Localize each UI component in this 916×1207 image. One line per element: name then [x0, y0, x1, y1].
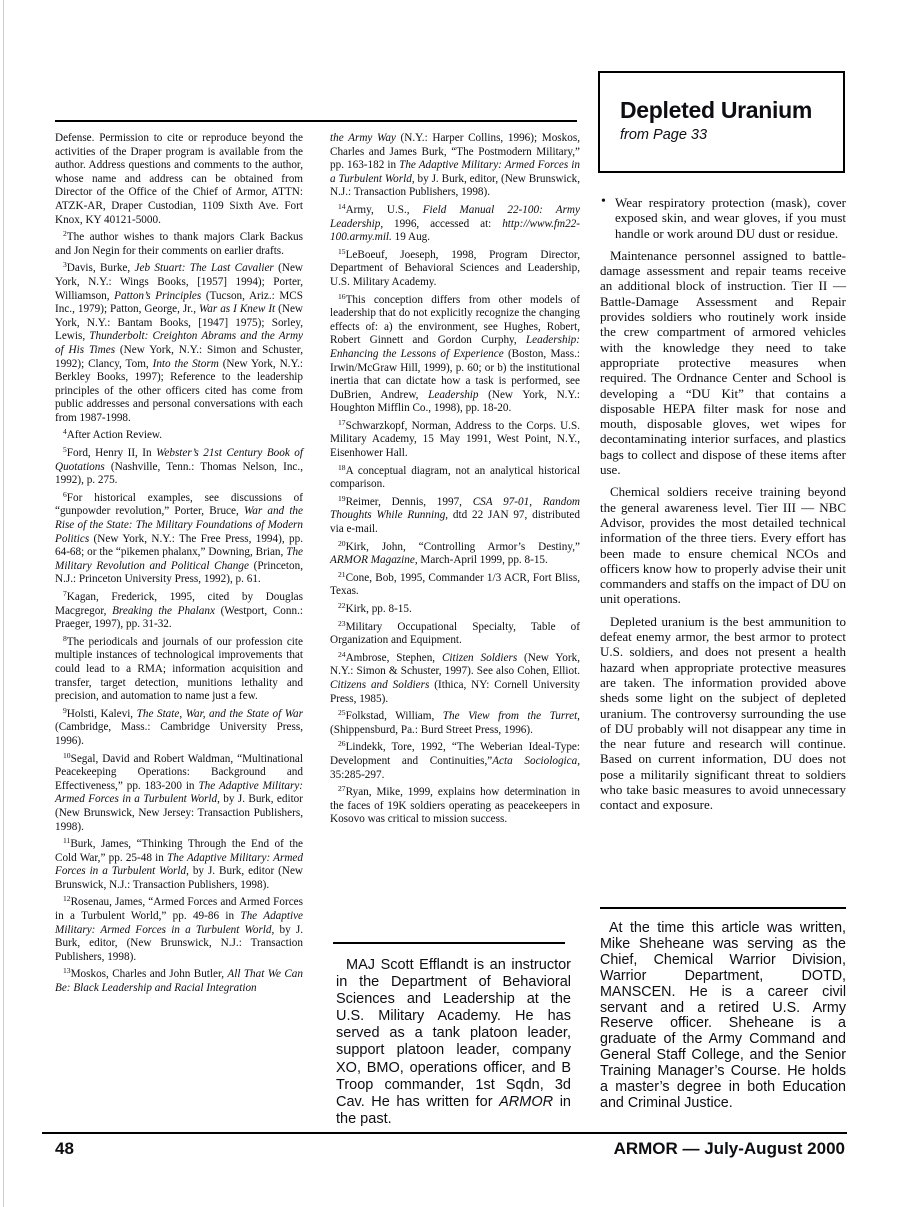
footnote: 25Folkstad, William, The View from the T…	[330, 710, 580, 737]
footnote-number: 23	[338, 619, 346, 628]
footnote-number: 10	[63, 751, 71, 760]
footer-rule	[42, 1132, 847, 1134]
article-paragraph: Maintenance personnel assigned to battle…	[600, 248, 846, 477]
footnote: 14Army, U.S., Field Manual 22-100: Army …	[330, 204, 580, 245]
footnote: 7Kagan, Frederick, 1995, cited by Dougla…	[55, 591, 303, 632]
author-bio-rule	[333, 942, 565, 944]
footnote: 21Cone, Bob, 1995, Commander 1/3 ACR, Fo…	[330, 572, 580, 599]
footnote-number: 16	[338, 292, 346, 301]
footnote: 5Ford, Henry II, In Webster’s 21st Centu…	[55, 447, 303, 488]
footnote: 23Military Occupational Specialty, Table…	[330, 621, 580, 648]
footnote-number: 25	[338, 708, 346, 717]
footnote-number: 12	[63, 894, 71, 903]
footnote: 11Burk, James, “Thinking Through the End…	[55, 838, 303, 892]
footnote: 2The author wishes to thank majors Clark…	[55, 231, 303, 258]
footnote-number: 20	[338, 539, 346, 548]
footnotes-column-left: Defense. Permission to cite or reproduce…	[55, 132, 303, 1000]
footnote: 3Davis, Burke, Jeb Stuart: The Last Cava…	[55, 262, 303, 425]
footnote: 12Rosenau, James, “Armed Forces and Arme…	[55, 896, 303, 964]
footnote: 19Reimer, Dennis, 1997, CSA 97-01, Rando…	[330, 496, 580, 537]
footnote: 22Kirk, pp. 8-15.	[330, 603, 580, 617]
journal-title-date: ARMOR — July-August 2000	[614, 1139, 845, 1159]
footnote: 13Moskos, Charles and John Butler, All T…	[55, 968, 303, 995]
footnote: 6For historical examples, see discussion…	[55, 492, 303, 587]
footnotes-column-middle: the Army Way (N.Y.: Harper Collins, 1996…	[330, 132, 580, 831]
magazine-page: Defense. Permission to cite or reproduce…	[0, 0, 916, 1207]
page-number: 48	[55, 1139, 74, 1159]
footnote: 15LeBoeuf, Joeseph, 1998, Program Direct…	[330, 249, 580, 290]
footnote: 17Schwarzkopf, Norman, Address to the Co…	[330, 420, 580, 461]
top-divider-rule	[55, 120, 577, 122]
footnote-number: 19	[338, 494, 346, 503]
bullet-list-item: •Wear respiratory protection (mask), cov…	[600, 195, 846, 241]
footnote: 18A conceptual diagram, not an analytica…	[330, 465, 580, 492]
footnote-number: 17	[338, 418, 346, 427]
footnote: 9Holsti, Kalevi, The State, War, and the…	[55, 708, 303, 749]
article-paragraph: Depleted uranium is the best ammunition …	[600, 614, 846, 813]
footnote-number: 13	[63, 966, 71, 975]
footnote: 8The periodicals and journals of our pro…	[55, 636, 303, 704]
scan-edge-artifact	[3, 0, 4, 1207]
footnote-number: 22	[338, 601, 346, 610]
footnote: 4After Action Review.	[55, 429, 303, 443]
article-paragraph: Chemical soldiers receive training beyon…	[600, 484, 846, 606]
article-continuation-box: Depleted Uranium from Page 33	[598, 71, 845, 173]
editor-note-rule	[600, 907, 846, 909]
footnote: the Army Way (N.Y.: Harper Collins, 1996…	[330, 132, 580, 200]
footnote-number: 18	[338, 463, 346, 472]
footnote-number: 21	[338, 570, 346, 579]
article-title: Depleted Uranium	[620, 97, 843, 124]
footnote-number: 26	[338, 739, 346, 748]
article-body-column: •Wear respiratory protection (mask), cov…	[600, 195, 846, 820]
footnote: 20Kirk, John, “Controlling Armor’s Desti…	[330, 541, 580, 568]
footnote-number: 15	[338, 247, 346, 256]
footnote: Defense. Permission to cite or reproduce…	[55, 132, 303, 227]
footnote: 10Segal, David and Robert Waldman, “Mult…	[55, 753, 303, 835]
footnote: 16This conception differs from other mod…	[330, 294, 580, 416]
footnote: 27Ryan, Mike, 1999, explains how determi…	[330, 786, 580, 827]
footnote-number: 27	[338, 784, 346, 793]
bullet-text: Wear respiratory protection (mask), cove…	[615, 195, 846, 241]
author-bio-box: MAJ Scott Efflandt is an instructor in t…	[336, 957, 571, 1128]
editor-note: At the time this article was written, Mi…	[600, 921, 846, 1112]
bullet-icon: •	[601, 194, 606, 209]
article-paragraphs: Maintenance personnel assigned to battle…	[600, 248, 846, 813]
footnote: 24Ambrose, Stephen, Citizen Soldiers (Ne…	[330, 652, 580, 706]
footnote-number: 24	[338, 650, 346, 659]
footnote-number: 14	[338, 202, 346, 211]
footnote: 26Lindekk, Tore, 1992, “The Weberian Ide…	[330, 741, 580, 782]
footnote: MAJ Scott Efflandt is an instructor in t…	[336, 957, 571, 1128]
article-continued-from: from Page 33	[620, 127, 843, 143]
